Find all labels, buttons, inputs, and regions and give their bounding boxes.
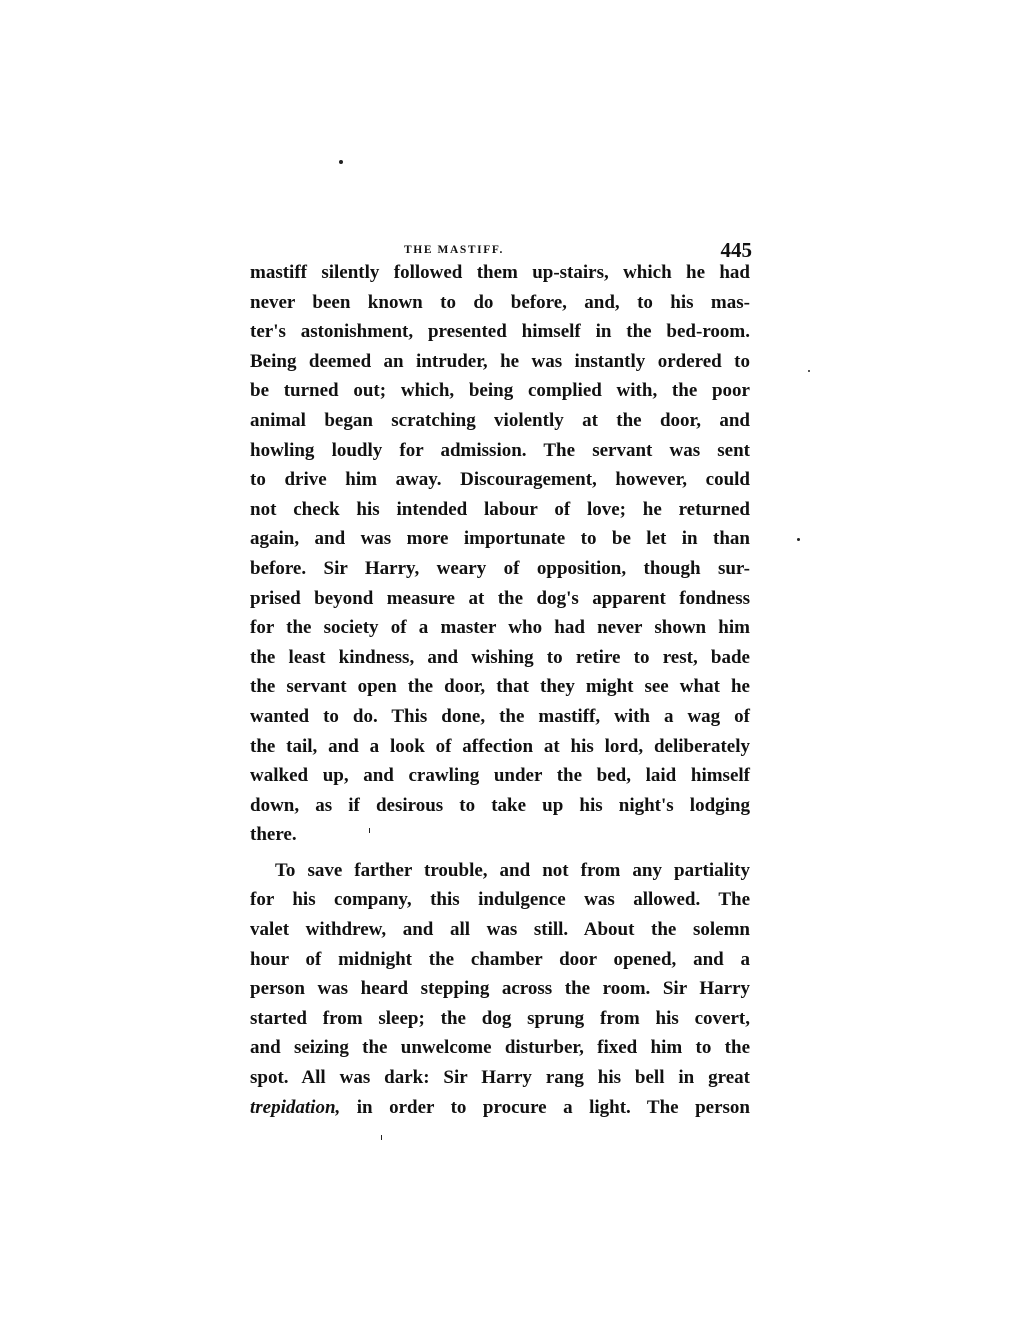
- text-line: down, as if desirous to take up his nigh…: [250, 791, 750, 821]
- text-line: before. Sir Harry, weary of opposition, …: [250, 554, 750, 584]
- text-line: the least kindness, and wishing to retir…: [250, 643, 750, 673]
- text-line: started from sleep; the dog sprung from …: [250, 1004, 750, 1034]
- text-line: wanted to do. This done, the mastiff, wi…: [250, 702, 750, 732]
- text-line: hour of midnight the chamber door opened…: [250, 945, 750, 975]
- text-line: and seizing the unwelcome disturber, fix…: [250, 1033, 750, 1063]
- text-line: ter's astonishment, presented himself in…: [250, 317, 750, 347]
- text-line-final: trepidation, in order to procure a light…: [250, 1093, 750, 1123]
- text-line: To save farther trouble, and not from an…: [250, 856, 750, 886]
- paragraph-1: mastiff silently followed them up-stairs…: [250, 258, 750, 850]
- italic-word: trepidation,: [250, 1097, 340, 1118]
- text-line: be turned out; which, being complied wit…: [250, 376, 750, 406]
- text-line: for his company, this indulgence was all…: [250, 885, 750, 915]
- text-line: never been known to do before, and, to h…: [250, 288, 750, 318]
- text-line: for the society of a master who had neve…: [250, 613, 750, 643]
- line-rest: in order to procure a light. The person: [340, 1097, 750, 1118]
- text-line: to drive him away. Discouragement, howev…: [250, 465, 750, 495]
- text-line: howling loudly for admission. The servan…: [250, 436, 750, 466]
- text-line: spot. All was dark: Sir Harry rang his b…: [250, 1063, 750, 1093]
- text-line: the tail, and a look of affection at his…: [250, 732, 750, 762]
- text-line: again, and was more importunate to be le…: [250, 524, 750, 554]
- text-line: person was heard stepping across the roo…: [250, 974, 750, 1004]
- scan-speck: [808, 370, 810, 372]
- text-line: animal began scratching violently at the…: [250, 406, 750, 436]
- text-line: there.: [250, 820, 750, 850]
- scan-speck: [339, 160, 343, 164]
- text-line: not check his intended labour of love; h…: [250, 495, 750, 525]
- body-text: mastiff silently followed them up-stairs…: [250, 258, 750, 1122]
- text-line: mastiff silently followed them up-stairs…: [250, 258, 750, 288]
- book-page: THE MASTIFF. 445 mastiff silently follow…: [0, 0, 1033, 1339]
- text-line: prised beyond measure at the dog's appar…: [250, 584, 750, 614]
- paragraph-2: To save farther trouble, and not from an…: [250, 856, 750, 1122]
- running-head: THE MASTIFF.: [404, 244, 504, 256]
- text-line: walked up, and crawling under the bed, l…: [250, 761, 750, 791]
- scan-speck: [381, 1135, 382, 1140]
- text-line: Being deemed an intruder, he was instant…: [250, 347, 750, 377]
- scan-speck: [797, 538, 800, 541]
- text-line: valet withdrew, and all was still. About…: [250, 915, 750, 945]
- text-line: the servant open the door, that they mig…: [250, 672, 750, 702]
